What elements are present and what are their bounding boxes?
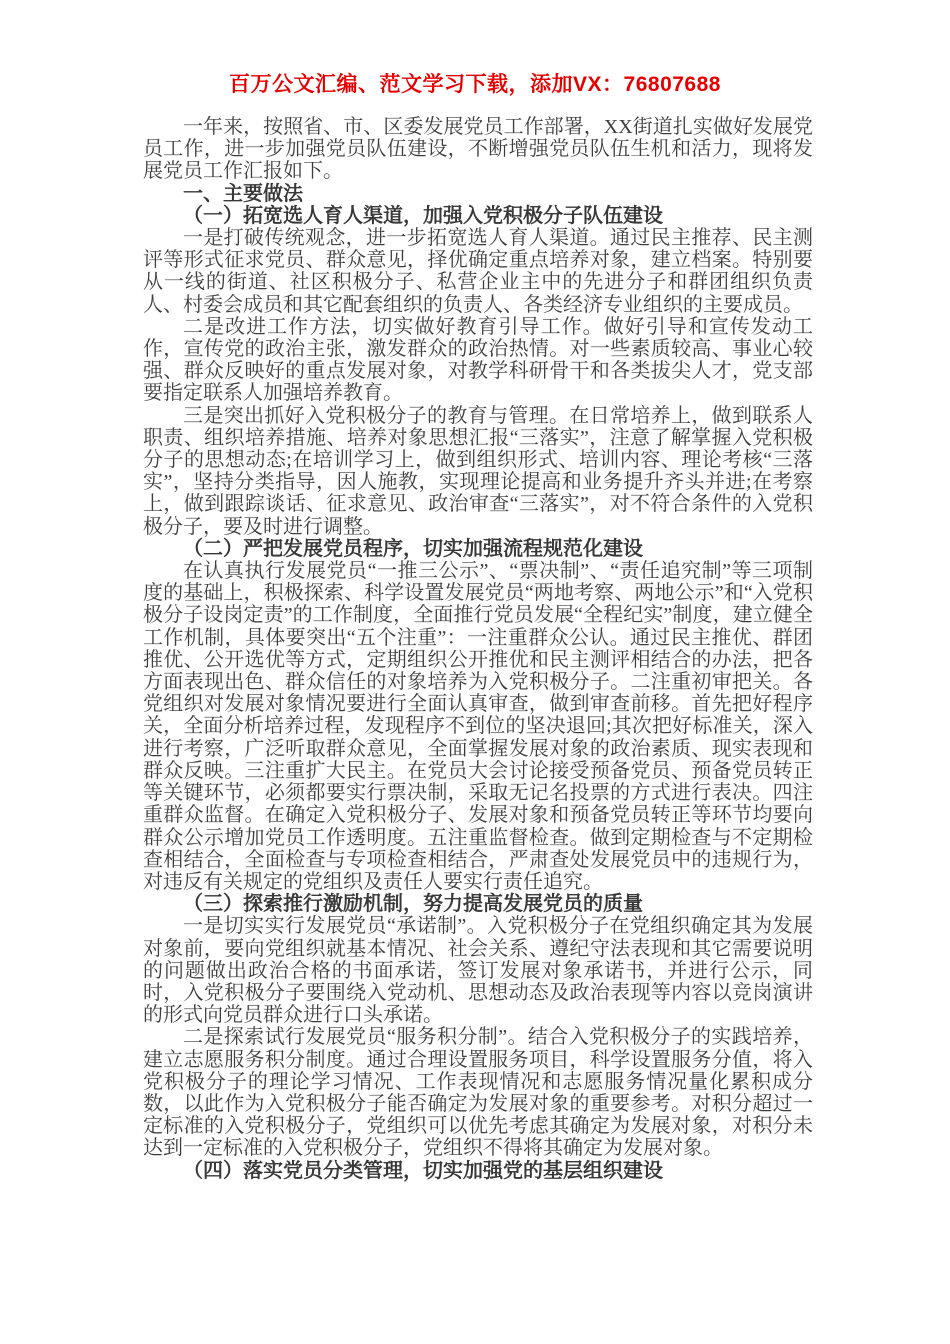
section-heading: （一）拓宽选人育人渠道，加强入党积极分子队伍建设 (143, 205, 813, 227)
paragraph: 一是打破传统观念，进一步拓宽选人育人渠道。通过民主推荐、民主测评等形式征求党员、… (143, 227, 813, 316)
promo-header: 百万公文汇编、范文学习下载，添加VX：76807688 (0, 68, 950, 98)
document-body: 一年来，按照省、市、区委发展党员工作部署，XX街道扎实做好发展党员工作，进一步加… (143, 116, 813, 1182)
paragraph: 二是改进工作方法，切实做好教育引导工作。做好引导和宣传发动工作，宣传党的政治主张… (143, 316, 813, 405)
section-heading: （四）落实党员分类管理，切实加强党的基层组织建设 (143, 1160, 813, 1182)
section-heading: （二）严把发展党员程序，切实加强流程规范化建设 (143, 538, 813, 560)
paragraph: 二是探索试行发展党员“服务积分制”。结合入党积极分子的实践培养，建立志愿服务积分… (143, 1026, 813, 1159)
section-heading: （三）探索推行激励机制，努力提高发展党员的质量 (143, 893, 813, 915)
paragraph: 在认真执行发展党员“一推三公示”、“票决制”、“责任追究制”等三项制度的基础上，… (143, 560, 813, 893)
paragraph: 一年来，按照省、市、区委发展党员工作部署，XX街道扎实做好发展党员工作，进一步加… (143, 116, 813, 183)
paragraph: 三是突出抓好入党积极分子的教育与管理。在日常培养上，做到联系人职责、组织培养措施… (143, 405, 813, 538)
section-heading: 一、主要做法 (143, 183, 813, 205)
paragraph: 一是切实实行发展党员“承诺制”。入党积极分子在党组织确定其为发展对象前，要向党组… (143, 915, 813, 1026)
document-page: 百万公文汇编、范文学习下载，添加VX：76807688 一年来，按照省、市、区委… (0, 0, 950, 1344)
